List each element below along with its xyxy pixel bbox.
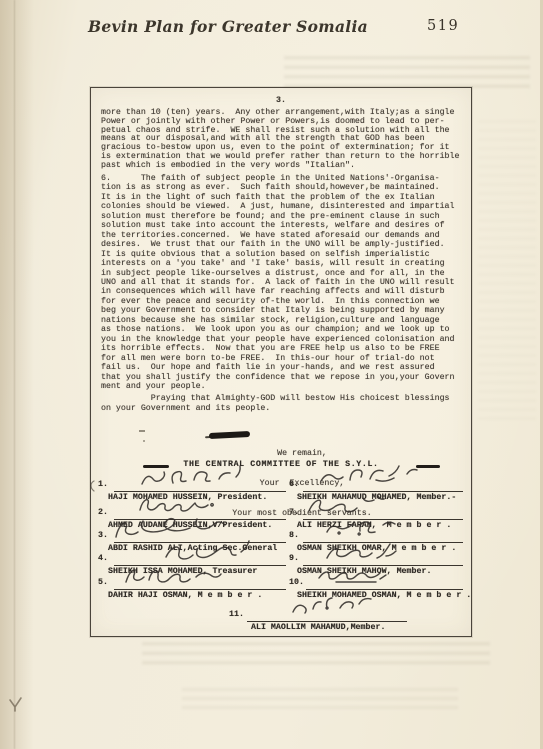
page-number: 519	[427, 18, 459, 34]
signatory-entry-11: 11. ALI MAOLLIM MAHAMUD,Member.	[229, 610, 259, 664]
signature-scribble-9	[319, 541, 469, 565]
pen-mark-bracket	[87, 480, 97, 492]
bleedthrough-top-right	[284, 56, 530, 90]
signature-scribble-arabic-8	[315, 518, 465, 542]
signature-scribble-arabic-1	[128, 467, 278, 491]
signatory-name: DAHIR HAJI OSMAN, M e m b e r .	[108, 591, 262, 600]
paragraph-six: 6. The faith of subject people in the Un…	[101, 174, 455, 391]
bleedthrough-bottom-band-2	[182, 688, 458, 710]
bleedthrough-bottom-band	[142, 642, 490, 668]
bleedthrough-right-margin	[478, 120, 536, 420]
page-crease-line	[14, 0, 15, 749]
signatory-number: 11.	[229, 610, 244, 619]
signatory-number: 10.	[289, 578, 304, 587]
typed-document-frame: 3. more than 10 (ten) years. Any other a…	[90, 87, 472, 637]
signature-scribble-arabic-11	[283, 597, 413, 621]
signatory-number: 7.	[289, 508, 299, 517]
signatory-number: 1.	[98, 480, 108, 489]
signatory-number: 8.	[289, 531, 299, 540]
signatory-number: 5.	[98, 578, 108, 587]
binding-gutter-shadow	[0, 0, 34, 749]
signatory-number: 3.	[98, 531, 108, 540]
signature-scribble-10	[311, 565, 461, 589]
running-header-title: Bevin Plan for Greater Somalia	[88, 17, 368, 36]
margin-tick-1	[139, 430, 145, 432]
signature-scribble-arabic-6	[311, 467, 461, 491]
scanned-book-page: Bevin Plan for Greater Somalia 519 3. mo…	[0, 0, 543, 749]
signature-scribble-5	[120, 565, 280, 591]
signature-scribble-2	[132, 495, 282, 519]
signatory-number: 2.	[98, 508, 108, 517]
signatory-number: 9.	[289, 554, 299, 563]
margin-check-mark	[8, 696, 24, 712]
signatory-number: 6.	[289, 480, 299, 489]
paragraph-continuation: more than 10 (ten) years. Any other arra…	[101, 109, 459, 171]
signatory-number: 4.	[98, 554, 108, 563]
margin-tick-2	[143, 440, 145, 442]
closing-line-1: We remain,	[199, 449, 405, 459]
signature-scribble-4	[156, 541, 306, 565]
paragraph-prayer: Praying that Almighty-GOD will bestow Hi…	[101, 394, 450, 413]
signatory-entry-5: 5. DAHIR HAJI OSMAN, M e m b e r .	[98, 578, 128, 632]
signature-scribble-7	[303, 495, 453, 519]
signatory-name: ALI MAOLLIM MAHAMUD,Member.	[251, 623, 385, 632]
document-sheet-number: 3.	[91, 96, 471, 105]
